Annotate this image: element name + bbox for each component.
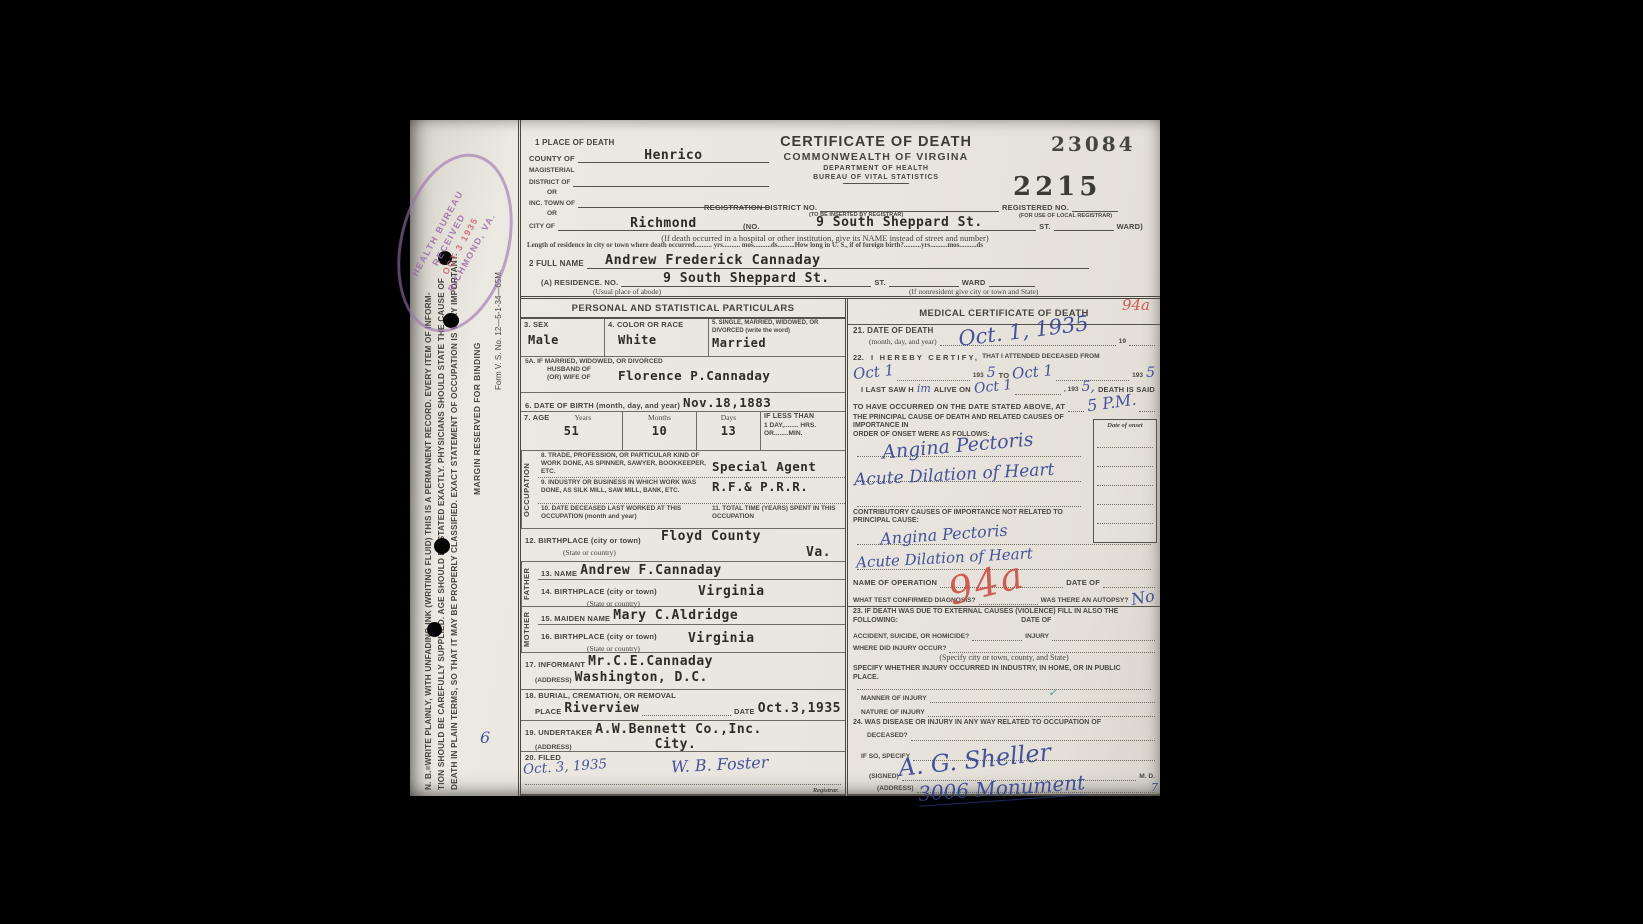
handwritten-page-mark: 6: [480, 728, 490, 747]
undertaker-row: 19. UNDERTAKER A.W.Bennett Co.,Inc. (ADD…: [521, 721, 845, 752]
registrar-signature: W. B. Foster: [671, 752, 769, 776]
autopsy-label: WAS THERE AN AUTOPSY?: [1041, 597, 1129, 605]
days-label: Days: [700, 413, 757, 422]
accident-row: ACCIDENT, SUICIDE, OR HOMICIDE? INJURY: [848, 627, 1160, 643]
dob-value: Nov.18,1883: [683, 395, 771, 410]
to-year-prefix: 193: [1132, 372, 1143, 380]
birthplace-row: 12. BIRTHPLACE (city or town) (State or …: [521, 529, 845, 562]
date-of-death-year-prefix: 19: [1119, 338, 1126, 346]
months-label: Months: [626, 413, 693, 422]
last-saw-year-handwritten: 5,: [1082, 379, 1095, 395]
last-saw-label: I LAST SAW H: [861, 385, 914, 394]
place-of-death-label: 1 PLACE OF DEATH: [535, 138, 615, 148]
received-stamp: HEALTH BUREAU RECEIVED OCT 3 1935 RICHMO…: [380, 141, 531, 344]
mother-birthplace-value: Virginia: [688, 631, 755, 646]
form-header: 1 PLACE OF DEATH COUNTY OF Henrico MAGIS…: [521, 120, 1160, 296]
age-months-value: 10: [626, 424, 693, 438]
manner-of-injury-row: MANNER OF INJURY ✓: [848, 690, 1160, 704]
city-of-label: CITY OF: [529, 223, 555, 231]
physician-address-label: (ADDRESS): [877, 785, 914, 793]
burial-date-label: DATE: [734, 707, 755, 716]
sex-value: Male: [528, 333, 601, 347]
total-time-label: 11. TOTAL TIME (YEARS) SPENT IN THIS OCC…: [712, 505, 842, 521]
informant-value: Mr.C.E.Cannaday: [588, 654, 713, 669]
husband-of-label: HUSBAND OF: [547, 366, 591, 374]
spouse-label: 5A. IF MARRIED, WIDOWED, OR DIVORCED: [525, 358, 841, 366]
age-row: 7. AGE Years 51 Months 10 Days 13 I: [521, 412, 845, 451]
marital-value: Married: [712, 336, 842, 350]
manner-of-injury-label: MANNER OF INJURY: [861, 695, 927, 703]
residence-ward-label: WARD: [962, 278, 986, 287]
burial-date-value: Oct.3,1935: [758, 701, 841, 716]
st-label: ST.: [1039, 222, 1050, 231]
margin-binding-note: MARGIN RESERVED FOR BINDING: [472, 305, 482, 495]
mother-side-label: MOTHER: [521, 607, 538, 652]
mother-name-value: Mary C.Aldridge: [613, 608, 738, 623]
where-injury-label: WHERE DID INJURY OCCUR?: [853, 645, 946, 653]
sex-race-marital-row: 3. SEX Male 4. COLOR OR RACE White 5. SI…: [521, 319, 845, 357]
district-of-label: DISTRICT OF: [529, 179, 570, 187]
mother-name-label: 15. MAIDEN NAME: [541, 614, 610, 623]
one-day-hrs-label: 1 DAY,........ HRS.: [764, 422, 842, 430]
occupation-group: OCCUPATION 8. TRADE, PROFESSION, OR PART…: [521, 451, 845, 529]
residence-label: (A) RESIDENCE. NO.: [541, 278, 618, 287]
abode-note: (Usual place of abode): [593, 287, 661, 296]
informant-row: 17. INFORMANT Mr.C.E.Cannaday (ADDRESS) …: [521, 653, 845, 690]
father-birthplace-value: Virginia: [698, 584, 765, 599]
wife-of-label: (OR) WIFE OF: [547, 374, 591, 382]
nature-of-injury-row: NATURE OF INJURY: [848, 704, 1160, 718]
mother-birthplace-label: 16. BIRTHPLACE (city or town): [541, 632, 657, 641]
father-side-label: FATHER: [521, 562, 538, 606]
bureau-label: BUREAU OF VITAL STATISTICS: [726, 174, 1026, 181]
father-birthplace-label: 14. BIRTHPLACE (city or town): [541, 587, 657, 596]
county-label: COUNTY OF: [529, 154, 575, 163]
nature-of-injury-label: NATURE OF INJURY: [861, 709, 925, 717]
external-causes-row: 23. IF DEATH WAS DUE TO EXTERNAL CAUSES …: [848, 606, 1160, 627]
stray-check-mark: ✓: [1048, 686, 1057, 699]
filed-row: 20. FILED Oct. 3, 1935 W. B. Foster Regi…: [521, 752, 845, 796]
birthplace-sub: (State or country): [563, 548, 841, 557]
industry-label: 9. INDUSTRY OR BUSINESS IN WHICH WORK WA…: [541, 479, 709, 495]
punch-hole: [427, 622, 442, 637]
birthplace-label: 12. BIRTHPLACE (city or town): [525, 536, 641, 545]
spouse-value: Florence P.Cannaday: [618, 368, 771, 383]
personal-section-title: PERSONAL AND STATISTICAL PARTICULARS: [521, 299, 845, 319]
trade-value: Special Agent: [712, 459, 816, 474]
age-years-value: 51: [524, 424, 619, 438]
certificate-number: 23084: [1051, 132, 1136, 156]
him-handwritten: im: [917, 382, 931, 395]
blank-dotted-row: [848, 682, 1160, 690]
medical-certificate-column: MEDICAL CERTIFICATE OF DEATH 94a 21. DAT…: [848, 299, 1160, 796]
registered-number: 2215: [1013, 172, 1101, 202]
accident-suicide-label: ACCIDENT, SUICIDE, OR HOMICIDE?: [853, 633, 969, 641]
undertaker-value: A.W.Bennett Co.,Inc.: [595, 722, 762, 737]
attended-from-handwritten: Oct 1: [852, 360, 895, 382]
occurred-row: TO HAVE OCCURRED ON THE DATE STATED ABOV…: [848, 396, 1160, 413]
injury-label: INJURY: [1025, 633, 1049, 641]
undertaker-address-label: (ADDRESS): [535, 744, 572, 752]
signed-label: (SIGNED): [869, 773, 899, 781]
father-name-value: Andrew F.Cannaday: [580, 563, 722, 578]
date-of-onset-label: Date of onset: [1094, 420, 1156, 429]
last-saw-year-prefix: , 193: [1064, 386, 1079, 394]
registration-district-label: REGISTRATION DISTRICT NO.: [704, 203, 817, 212]
principal-cause-line-1: THE PRINCIPAL CAUSE OF DEATH AND RELATED…: [853, 414, 1088, 432]
street-no-paren: (NO.: [743, 222, 760, 231]
city-value: Richmond: [558, 216, 769, 231]
date-of-injury-upper-label: DATE OF: [1021, 617, 1051, 626]
punch-hole: [434, 538, 450, 554]
birthplace-value: Floyd County: [661, 529, 761, 544]
father-group: FATHER 13. NAME Andrew F.Cannaday 14. BI…: [521, 562, 845, 607]
occupation-side-label: OCCUPATION: [521, 451, 538, 528]
form-body: PERSONAL AND STATISTICAL PARTICULARS 3. …: [521, 296, 1160, 796]
certify-item-number: 22.: [853, 353, 864, 362]
undertaker-address-value: City.: [655, 737, 697, 752]
binding-margin: Form V. S. No. 12—5-1-34—65M. MARGIN RES…: [410, 120, 518, 796]
registrar-label: Registrar.: [813, 787, 839, 794]
md-label: M. D.: [1139, 773, 1155, 781]
if-less-than-label: IF LESS THAN: [764, 413, 842, 422]
where-injury-sub: (Specify city or town, county, and State…: [853, 653, 1155, 662]
specify-injury-line-1: SPECIFY WHETHER INJURY OCCURRED IN INDUS…: [853, 665, 1155, 674]
title-block: CERTIFICATE OF DEATH COMMONWEALTH OF VIR…: [726, 134, 1026, 184]
principal-cause-area: Angina Pectoris Acute Dilation of Heart …: [848, 435, 1160, 508]
race-value: White: [618, 333, 705, 347]
age-days-value: 13: [700, 424, 757, 438]
operation-label: NAME OF OPERATION: [853, 578, 937, 587]
external-causes-line-2: FOLLOWING:: [853, 617, 898, 626]
date-of-death-row: 21. DATE OF DEATH (month, day, and year)…: [848, 325, 1160, 352]
operation-date-label: DATE OF: [1066, 578, 1100, 587]
full-name-label: 2 FULL NAME: [529, 259, 584, 269]
corner-pen-mark: 7: [1151, 781, 1158, 794]
burial-place-value: Riverview: [564, 701, 639, 716]
birthplace-state-value: Va.: [806, 545, 831, 560]
occurred-label: TO HAVE OCCURRED ON THE DATE STATED ABOV…: [853, 402, 1065, 411]
trade-label: 8. TRADE, PROFESSION, OR PARTICULAR KIND…: [541, 452, 709, 476]
attended-deceased-label: THAT I ATTENDED DECEASED FROM: [982, 353, 1099, 361]
physician-address-row: (ADDRESS) 3006 Monument 7: [848, 782, 1160, 796]
years-label: Years: [575, 413, 592, 422]
burial-label: 18. BURIAL, CREMATION, OR REMOVAL: [525, 691, 841, 700]
residence-length-line: Length of residence in city or town wher…: [527, 242, 1159, 249]
race-label: 4. COLOR OR RACE: [608, 320, 705, 329]
attended-to-handwritten: Oct 1: [1012, 361, 1054, 383]
external-causes-line-1: 23. IF DEATH WAS DUE TO EXTERNAL CAUSES …: [853, 608, 1155, 617]
undertaker-label: 19. UNDERTAKER: [525, 728, 592, 737]
certificate-form: 1 PLACE OF DEATH COUNTY OF Henrico MAGIS…: [518, 120, 1160, 796]
cause-of-death-handwritten-2: Acute Dilation of Heart: [854, 459, 1055, 489]
industry-value: R.F.& P.R.R.: [712, 479, 808, 494]
date-of-death-sub: (month, day, and year): [869, 337, 937, 346]
dob-row: 6. DATE OF BIRTH (month, day, and year) …: [521, 393, 845, 412]
sex-label: 3. SEX: [524, 320, 601, 329]
death-certificate-page: Form V. S. No. 12—5-1-34—65M. MARGIN RES…: [410, 120, 1160, 796]
inc-town-label: INC. TOWN OF: [529, 200, 575, 208]
burial-place-label: PLACE: [535, 707, 561, 716]
full-name-value: Andrew Frederick Cannaday: [587, 252, 1089, 269]
personal-particulars-column: PERSONAL AND STATISTICAL PARTICULARS 3. …: [521, 299, 848, 796]
specify-injury-row: SPECIFY WHETHER INJURY OCCURRED IN INDUS…: [848, 664, 1160, 682]
burial-row: 18. BURIAL, CREMATION, OR REMOVAL PLACE …: [521, 690, 845, 721]
residence-st-label: ST.: [874, 278, 885, 287]
department-label: DEPARTMENT OF HEALTH: [726, 165, 1026, 172]
last-worked-label: 10. DATE DECEASED LAST WORKED AT THIS OC…: [541, 505, 709, 521]
certificate-title: CERTIFICATE OF DEATH: [726, 134, 1026, 150]
informant-label: 17. INFORMANT: [525, 660, 585, 669]
ward-paren: WARD): [1117, 222, 1143, 231]
dob-label: 6. DATE OF BIRTH (month, day, and year): [525, 401, 680, 410]
father-name-label: 13. NAME: [541, 569, 577, 578]
age-label: 7. AGE: [524, 413, 550, 422]
to-year-handwritten: 5: [1146, 365, 1155, 381]
marital-label: 5. SINGLE, MARRIED, WIDOWED, OR DIVORCED…: [712, 320, 842, 335]
informant-address-label: (ADDRESS): [535, 677, 572, 685]
contributory-line-1: CONTRIBUTORY CAUSES OF IMPORTANCE NOT RE…: [853, 509, 1088, 518]
deceased-label: DECEASED?: [867, 732, 908, 740]
occupation-related-line-1: 24. WAS DISEASE OR INJURY IN ANY WAY REL…: [853, 719, 1155, 728]
informant-address-value: Washington, D.C.: [575, 670, 708, 685]
or-min-label: OR........MIN.: [764, 430, 842, 438]
alive-on-label: ALIVE ON: [934, 385, 971, 394]
mother-group: MOTHER 15. MAIDEN NAME Mary C.Aldridge 1…: [521, 607, 845, 653]
where-injury-row: WHERE DID INJURY OCCUR? (Specify city or…: [848, 642, 1160, 664]
commonwealth-subtitle: COMMONWEALTH OF VIRGINA: [726, 151, 1026, 163]
spouse-row: 5A. IF MARRIED, WIDOWED, OR DIVORCED HUS…: [521, 357, 845, 393]
residence-value: 9 South Sheppard St.: [621, 271, 871, 287]
street-value: 9 South Sheppard St.: [763, 215, 1037, 231]
registered-no-label: REGISTERED NO.: [1002, 203, 1069, 212]
nonresident-note: (If nonresident give city or town and St…: [909, 287, 1038, 296]
certify-row: 22. I HEREBY CERTIFY, THAT I ATTENDED DE…: [848, 352, 1160, 366]
cause-code-annotation: 94a: [1122, 296, 1150, 314]
received-stamp-text: HEALTH BUREAU RECEIVED OCT 3 1935 RICHMO…: [409, 188, 501, 297]
last-saw-date-handwritten: Oct 1: [973, 377, 1013, 397]
